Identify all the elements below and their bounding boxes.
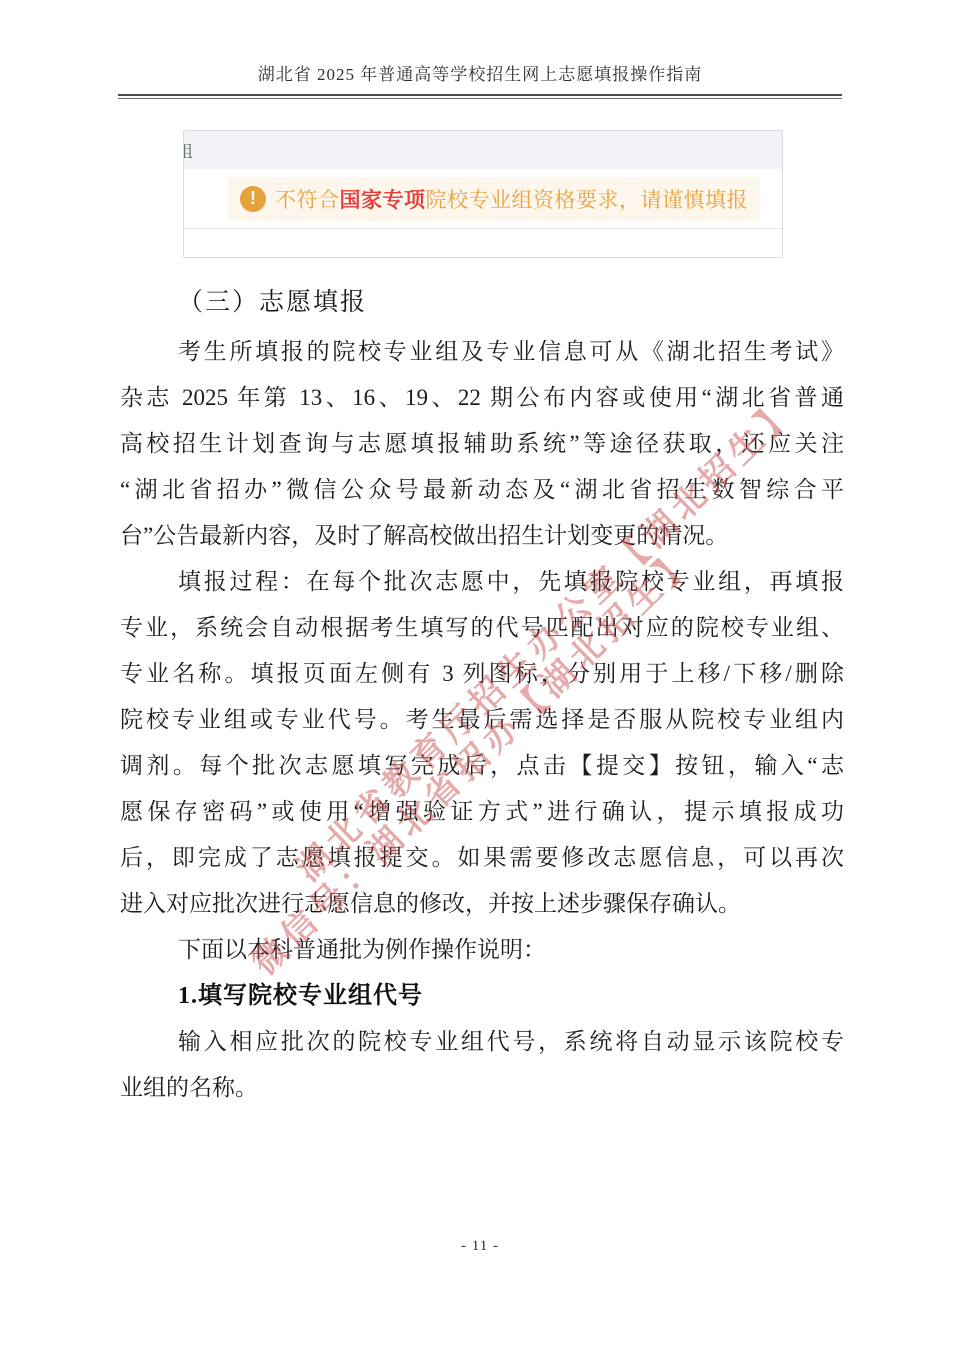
document-title: 湖北省 2025 年普通高等学校招生网上志愿填报操作指南 xyxy=(118,60,842,85)
body-line: 进入对应批次进行志愿信息的修改，并按上述步骤保存确认。 xyxy=(120,881,844,927)
body-line: 专业名称。填报页面左侧有 3 列图标，分别用于上移/下移/删除 xyxy=(120,651,844,697)
body-line: 输入相应批次的院校专业组代号，系统将自动显示该院校专 xyxy=(120,1019,844,1065)
body-line: 下面以本科普通批为例作操作说明： xyxy=(120,927,844,973)
system-screenshot: 组 ! 不符合国家专项院校专业组资格要求，请谨慎填报 xyxy=(183,130,783,258)
warning-icon: ! xyxy=(240,186,266,212)
warning-text-prefix: 不符合 xyxy=(275,189,340,212)
warning-banner: ! 不符合国家专项院校专业组资格要求，请谨慎填报 xyxy=(228,177,760,221)
numbered-subheading: 1.填写院校专业组代号 xyxy=(120,973,844,1019)
column-label-partial: 组 xyxy=(184,139,193,162)
warning-message: 不符合国家专项院校专业组资格要求，请谨慎填报 xyxy=(275,184,748,214)
page-number: - 11 - xyxy=(0,1238,960,1255)
body-line: 填报过程：在每个批次志愿中，先填报院校专业组，再填报 xyxy=(120,559,844,605)
running-header: 湖北省 2025 年普通高等学校招生网上志愿填报操作指南 xyxy=(118,60,842,99)
body-line: 专业，系统会自动根据考生填写的代号匹配出对应的院校专业组、 xyxy=(120,605,844,651)
body-line: 调剂。每个批次志愿填写完成后，点击【提交】按钮，输入“志 xyxy=(120,743,844,789)
body-line: 业组的名称。 xyxy=(120,1065,844,1111)
table-body-row: ! 不符合国家专项院校专业组资格要求，请谨慎填报 xyxy=(184,169,782,228)
section-heading: （三）志愿填报 xyxy=(120,283,844,329)
body-line: 高校招生计划查询与志愿填报辅助系统”等途径获取，还应关注 xyxy=(120,421,844,467)
warning-text-highlight: 国家专项 xyxy=(340,189,426,212)
body-line: 后，即完成了志愿填报提交。如果需要修改志愿信息，可以再次 xyxy=(120,835,844,881)
body-line: 杂志 2025 年第 13、16、19、22 期公布内容或使用“湖北省普通 xyxy=(120,375,844,421)
table-header-row: 组 xyxy=(184,131,782,169)
body-line: “湖北省招办”微信公众号最新动态及“湖北省招生数智综合平 xyxy=(120,467,844,513)
body-line: 台”公告最新内容，及时了解高校做出招生计划变更的情况。 xyxy=(120,513,844,559)
document-body: （三）志愿填报 考生所填报的院校专业组及专业信息可从《湖北招生考试》 杂志 20… xyxy=(120,283,844,1111)
body-line: 愿保存密码”或使用“增强验证方式”进行确认，提示填报成功 xyxy=(120,789,844,835)
document-page: 湖北省 2025 年普通高等学校招生网上志愿填报操作指南 组 ! 不符合国家专项… xyxy=(0,0,960,1357)
header-rule xyxy=(118,94,842,99)
body-line: 院校专业组或专业代号。考生最后需选择是否服从院校专业组内 xyxy=(120,697,844,743)
table-empty-row xyxy=(184,229,782,258)
warning-text-suffix: 院校专业组资格要求，请谨慎填报 xyxy=(426,189,749,212)
body-line: 考生所填报的院校专业组及专业信息可从《湖北招生考试》 xyxy=(120,329,844,375)
